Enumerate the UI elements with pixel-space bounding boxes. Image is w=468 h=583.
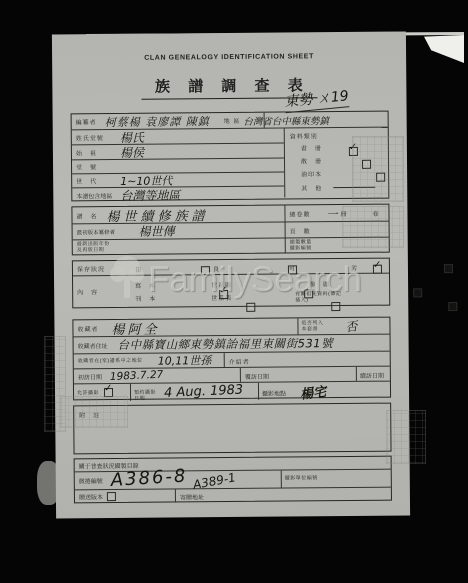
compiler-value: 柯蔡楊 袁廖譚 陳鎮 [105, 113, 210, 130]
owner-position-value: 10,11世孫 [158, 352, 212, 368]
condition-option-label: 劣 [351, 263, 358, 272]
page-curl-corner [424, 35, 464, 75]
checkbox-icon [444, 264, 453, 273]
photo-location-label: 攝影地點 [262, 389, 286, 398]
field-label: 世 代 [76, 176, 120, 185]
microfilm-frame: CLAN GENEALOGY IDENTIFICATION SHEET 族 譜 … [0, 0, 468, 583]
condition-option-label: 佳 [135, 265, 142, 274]
owner-label: 收藏者 [77, 324, 111, 333]
listed-label: 是否列入 本套書 [301, 320, 323, 332]
title-value: 楊世續修族譜 [106, 205, 208, 225]
content-option-label: 世系圖 [211, 280, 232, 289]
first-visit-value: 1983.7.27 [110, 369, 164, 383]
volumes-value: 一 [326, 206, 337, 222]
form-english-title: CLAN GENEALOGY IDENTIFICATION SHEET [52, 52, 406, 62]
field-label: 本譜包含地區 [76, 190, 120, 199]
checkbox-icon [107, 492, 116, 501]
reel-table: 關于普查狀況攝製目錄 微捲編號 A386-8 A389-1 攝影單位編號 贈送版… [74, 456, 392, 504]
owner-address-label: 收藏者住址 [78, 340, 118, 349]
faint-archive-stamp [352, 136, 404, 202]
material-option-label: 散 冊 [301, 156, 322, 165]
condition-table: 保存狀況 佳 良 可 ✓ 劣 內 容 寫 本 ✓ 世系圖 像 圖 刊 本 [72, 258, 390, 309]
faint-archive-stamp [60, 396, 128, 428]
permit-label: 允許攝影 [77, 390, 103, 396]
form-title: 族 譜 調 查 表 [52, 73, 406, 100]
appointment-value: 4 Aug. 1983 [164, 383, 244, 401]
pages-label: 頁 數 [290, 226, 311, 235]
first-visit-label: 初訪日期 [78, 372, 110, 381]
content-option-label: 像 圖 [309, 279, 330, 288]
owner-position-label: 收藏者在(家)譜系中之地位 [78, 358, 158, 365]
content-option-label: 世系表 [211, 293, 232, 302]
area-value: 台灣省台中縣東勢鎮 [243, 113, 329, 128]
area-label: 地 區 [224, 116, 241, 125]
scanned-form: CLAN GENEALOGY IDENTIFICATION SHEET 族 譜 … [52, 31, 410, 518]
field-label: 堂 號 [76, 162, 120, 171]
checkbox-icon [201, 266, 210, 275]
checkbox-icon [448, 302, 457, 311]
appointment-label: 預約攝影日期 [134, 390, 160, 402]
condition-label: 保存狀況 [77, 263, 127, 272]
field-label: 始 祖 [76, 147, 120, 156]
publication-label: 最新出版年份 及再版日期 [77, 241, 110, 253]
first-compiler-value: 楊世傳 [139, 222, 175, 239]
faint-archive-stamp [386, 410, 426, 464]
owner-address-value: 台中縣寶山鄉東勢鎮詒福里東關街531號 [118, 335, 334, 353]
material-option-label: 其 他 [301, 183, 322, 192]
material-option-label: 書 冊 [301, 143, 322, 152]
field-row: 本譜包含地區 台灣等地區 [72, 187, 284, 203]
faint-archive-stamp [342, 206, 404, 248]
third-visit-label: 續訪日期 [360, 371, 384, 380]
checkbox-icon [413, 288, 422, 297]
field-label: 姓氏堂號 [76, 132, 120, 141]
page-number-note: 東勢 ㄨ19 [284, 85, 350, 113]
field-value: 台灣等地區 [120, 186, 180, 204]
condition-option-label: 良 [213, 264, 220, 273]
material-type-header: 資料類別 [290, 131, 318, 140]
content-option-label: 刊 本 [135, 294, 156, 303]
reel-number-label: 微捲編號 [79, 476, 109, 485]
field-value: 楊侯 [120, 143, 144, 160]
content-label: 內 容 [77, 286, 127, 295]
photo-unit-number-label: 攝影單位編號 [285, 475, 318, 481]
compiler-label: 編纂者 [76, 117, 97, 126]
content-option-label: 有關祖先資料(傳記插入) [295, 291, 343, 303]
material-option-label: 油印本 [301, 169, 322, 178]
send-address-label: 寄贈地址 [180, 492, 204, 501]
checkbox-icon: ✓ [373, 264, 382, 273]
volumes-label: 總卷數 [289, 209, 310, 218]
reel-number-value: A386-8 [110, 465, 188, 491]
second-visit-label: 覆訪日期 [245, 372, 269, 381]
owner-value: 楊阿全 [111, 318, 159, 337]
gift-edition-label: 贈送版本 [79, 492, 103, 501]
photo-location-value: 楊宅 [299, 381, 327, 403]
introducer-label: 介紹者 [229, 357, 250, 366]
first-compiler-label: 最初版本纂修者 [77, 227, 139, 236]
owner-table: 收藏者 楊阿全 是否列入 本套書 否 收藏者住址 台中縣寶山鄉東勢鎮詒福里東關街… [72, 317, 391, 401]
content-option-label: 寫 本 [135, 281, 156, 290]
condition-option-label: 可 [289, 263, 296, 272]
checkbox-icon [246, 302, 255, 311]
microfilm-count-label: 縮製數量 攝影編號 [290, 239, 312, 251]
basic-info-table: 編纂者 柯蔡楊 袁廖譚 陳鎮 地 區 台灣省台中縣東勢鎮 姓氏堂號 楊氏 始 祖… [71, 111, 390, 202]
listed-value: 否 [344, 317, 358, 336]
title-label: 譜 名 [76, 211, 106, 220]
